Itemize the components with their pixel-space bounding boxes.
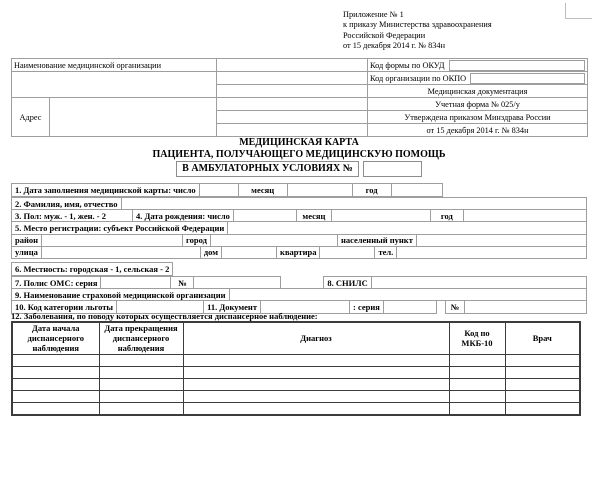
org-field-empty[interactable]	[217, 111, 368, 124]
table-row	[12, 379, 580, 391]
form-number-label: Учетная форма № 025/у	[368, 98, 588, 111]
fill-date-label: 1. Дата заполнения медицинской карты: чи…	[11, 183, 200, 196]
appendix-line: Приложение № 1	[343, 10, 492, 20]
disease-cell[interactable]	[183, 367, 449, 379]
col-header-doctor: Врач	[505, 322, 580, 355]
okud-code-input[interactable]	[449, 60, 586, 71]
fill-year-input[interactable]	[391, 183, 443, 196]
okpo-code-input[interactable]	[470, 73, 585, 84]
disease-cell[interactable]	[99, 367, 183, 379]
street-input[interactable]	[41, 246, 201, 259]
card-number-input[interactable]	[363, 161, 422, 177]
year-label: год	[352, 183, 392, 196]
apartment-input[interactable]	[319, 246, 375, 259]
apartment-label: квартира	[276, 246, 320, 259]
disease-cell[interactable]	[505, 403, 580, 416]
disease-cell[interactable]	[12, 367, 99, 379]
dispensary-section-label: 12. Заболевания, по поводу которых осуще…	[11, 311, 318, 321]
document-series-label: : серия	[349, 300, 384, 313]
table-row	[12, 391, 580, 403]
org-name-input-small[interactable]	[217, 59, 368, 72]
disease-cell[interactable]	[449, 391, 505, 403]
org-field-empty[interactable]	[217, 98, 368, 111]
fill-day-input[interactable]	[199, 183, 239, 196]
approved-date-label: от 15 декабря 2014 г. № 834н	[368, 124, 588, 137]
field-line-6: 6. Местность: городская - 1, сельская - …	[11, 262, 173, 275]
disease-cell[interactable]	[99, 355, 183, 367]
phone-label: тел.	[374, 246, 397, 259]
col-header-diagnosis: Диагноз	[183, 322, 449, 355]
disease-cell[interactable]	[449, 367, 505, 379]
field-line-1: 1. Дата заполнения медицинской карты: чи…	[11, 183, 443, 196]
okpo-label: Код организации по ОКПО	[370, 74, 466, 83]
okud-label: Код формы по ОКУД	[370, 61, 445, 70]
appendix-line: Российской Федерации	[343, 31, 492, 41]
appendix-note: Приложение № 1 к приказу Министерства зд…	[343, 10, 492, 51]
fill-month-input[interactable]	[287, 183, 353, 196]
table-row	[12, 355, 580, 367]
disease-cell[interactable]	[505, 391, 580, 403]
disease-cell[interactable]	[99, 403, 183, 416]
col-header-end-date: Дата прекращения диспансерного наблюдени…	[99, 322, 183, 355]
disease-cell[interactable]	[449, 379, 505, 391]
disease-cell[interactable]	[449, 355, 505, 367]
locality-label: 6. Местность: городская - 1, сельская - …	[11, 262, 173, 275]
col-header-start-date: Дата начала диспансерного наблюдения	[12, 322, 99, 355]
appendix-line: к приказу Министерства здравоохранения	[343, 20, 492, 30]
number-sign-label: №	[445, 300, 465, 313]
org-field-empty[interactable]	[217, 85, 368, 98]
appendix-line: от 15 декабря 2014 г. № 834н	[343, 41, 492, 51]
approved-label: Утверждена приказом Минздрава России	[368, 111, 588, 124]
disease-cell[interactable]	[183, 355, 449, 367]
org-header-table: Наименование медицинской организации Код…	[11, 58, 588, 137]
document-number-input[interactable]	[464, 300, 587, 313]
street-label: улица	[11, 246, 42, 259]
disease-cell[interactable]	[99, 391, 183, 403]
disease-cell[interactable]	[12, 403, 99, 416]
month-label: месяц	[238, 183, 288, 196]
table-row	[12, 403, 580, 416]
title-line-1: МЕДИЦИНСКАЯ КАРТА	[11, 137, 587, 149]
house-input[interactable]	[221, 246, 277, 259]
org-field-empty[interactable]	[217, 72, 368, 85]
disease-cell[interactable]	[99, 379, 183, 391]
med-doc-label: Медицинская документация	[368, 85, 588, 98]
org-name-field[interactable]	[12, 72, 217, 98]
title-line-2: ПАЦИЕНТА, ПОЛУЧАЮЩЕГО МЕДИЦИНСКУЮ ПОМОЩЬ	[11, 149, 587, 161]
field-line-5c: улица дом квартира тел.	[11, 246, 587, 259]
page-corner-mark	[565, 3, 592, 19]
dispensary-observation-table: Дата начала диспансерного наблюдения Дат…	[11, 321, 581, 416]
disease-cell[interactable]	[12, 379, 99, 391]
house-label: дом	[200, 246, 222, 259]
document-series-input[interactable]	[383, 300, 437, 313]
disease-cell[interactable]	[12, 391, 99, 403]
title-line-3: В АМБУЛАТОРНЫХ УСЛОВИЯХ №	[176, 161, 359, 177]
disease-cell[interactable]	[183, 379, 449, 391]
address-label: Адрес	[12, 98, 50, 137]
org-field-empty[interactable]	[217, 124, 368, 137]
patient-fields: 1. Дата заполнения медицинской карты: чи…	[11, 180, 587, 314]
disease-cell[interactable]	[505, 355, 580, 367]
disease-cell[interactable]	[183, 391, 449, 403]
disease-cell[interactable]	[183, 403, 449, 416]
disease-cell[interactable]	[505, 367, 580, 379]
medical-card-form-page: Приложение № 1 к приказу Министерства зд…	[0, 0, 600, 502]
address-field[interactable]	[50, 98, 217, 137]
table-header-row: Дата начала диспансерного наблюдения Дат…	[12, 322, 580, 355]
phone-input[interactable]	[396, 246, 587, 259]
col-header-icd10: Код по МКБ-10	[449, 322, 505, 355]
disease-cell[interactable]	[12, 355, 99, 367]
org-name-label: Наименование медицинской организации	[12, 59, 217, 72]
disease-cell[interactable]	[449, 403, 505, 416]
document-title: МЕДИЦИНСКАЯ КАРТА ПАЦИЕНТА, ПОЛУЧАЮЩЕГО …	[11, 137, 587, 177]
table-row	[12, 367, 580, 379]
disease-cell[interactable]	[505, 379, 580, 391]
